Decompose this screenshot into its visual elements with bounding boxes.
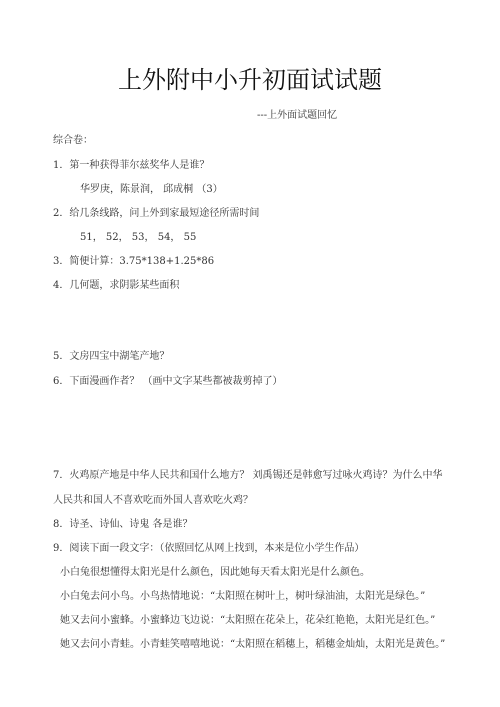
question-2: 2．给几条线路，问上外到家最短途径所需时间: [53, 204, 259, 219]
passage-line-3: 她又去问小蜜蜂。小蜜蜂边飞边说：“太阳照在花朵上，花朵红艳艳，太阳光是红色。”: [60, 611, 435, 626]
section-label: 综合卷：: [53, 131, 93, 146]
answer-options-2: 51， 52， 53， 54， 55: [80, 228, 196, 243]
question-1: 1．第一种获得菲尔兹奖华人是谁？: [53, 156, 209, 171]
document-subtitle: ---上外面试题回忆: [257, 106, 337, 121]
question-3: 3．简便计算：3.75*138+1.25*86: [53, 252, 214, 267]
question-8: 8．诗圣、诗仙、诗鬼 各是谁？: [53, 515, 193, 530]
question-6: 6．下面漫画作者？ （画中文字某些都被裁剪掉了）: [53, 372, 283, 387]
question-5: 5．文房四宝中湖笔产地？: [53, 347, 169, 362]
passage-line-2: 小白兔去问小鸟。小鸟热情地说：“太阳照在树叶上，树叶绿油油，太阳光是绿色。”: [60, 587, 425, 602]
question-7: 7．火鸡原产地是中华人民共和国什么地方？ 刘禹锡还是韩愈写过咏火鸡诗？为什么中华: [53, 466, 443, 481]
question-4: 4．几何题，求阴影某些面积: [53, 276, 179, 291]
question-7-continued: 人民共和国人不喜欢吃而外国人喜欢吃火鸡？: [53, 491, 253, 506]
document-title: 上外附中小升初面试试题: [0, 60, 500, 95]
passage-line-4: 她又去问小青蛙。小青蛙笑嘻嘻地说：“太阳照在稻穗上，稻穗金灿灿，太阳光是黄色。”: [60, 635, 445, 650]
passage-line-1: 小白兔很想懂得太阳光是什么颜色，因此她每天看太阳光是什么颜色。: [60, 563, 370, 578]
answer-options-1: 华罗庚，陈景润， 邱成桐 （3）: [80, 180, 223, 195]
question-9: 9．阅读下面一段文字：（依照回忆从网上找到，本来是位小学生作品）: [53, 539, 364, 554]
